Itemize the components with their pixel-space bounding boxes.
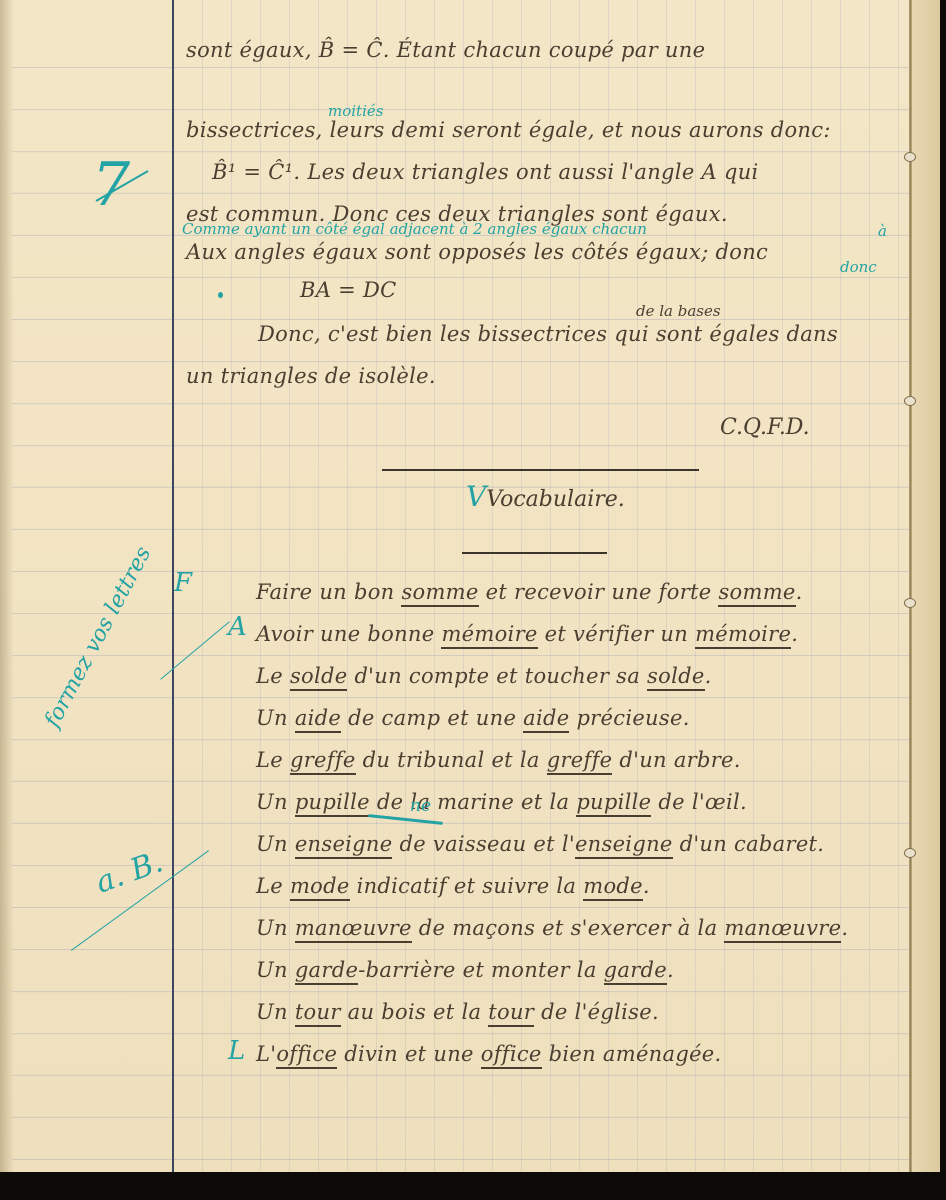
next-page-edge	[912, 0, 940, 1172]
vocab-line: Faire un bon somme et recevoir une forte…	[256, 580, 803, 604]
vocab-line: Le greffe du tribunal et la greffe d'un …	[256, 748, 741, 772]
vocab-line: Le solde d'un compte et toucher sa solde…	[256, 664, 712, 688]
vocab-line: Un garde-barrière et monter la garde.	[256, 958, 674, 982]
proof-line: bissectrices, leurs demi seront égale, e…	[186, 118, 831, 142]
vocab-line: Un manœuvre de maçons et s'exercer à la …	[256, 916, 848, 940]
vocab-line: Un enseigne de vaisseau et l'enseigne d'…	[256, 832, 824, 856]
notebook-page: 7 formez vos lettres a. B. F A L sont ég…	[0, 0, 940, 1172]
right-margin-correction: à	[878, 222, 887, 240]
letter-mark-l: L	[228, 1036, 245, 1066]
binding-stitch	[904, 598, 916, 608]
title-text: Vocabulaire.	[486, 487, 625, 512]
section-rule-bottom	[462, 552, 607, 554]
insertion-above: de la bases	[636, 302, 721, 320]
binding-stitch	[904, 152, 916, 162]
binding-fold	[909, 0, 912, 1172]
binding-stitch	[904, 396, 916, 406]
binding-stitch	[904, 848, 916, 858]
proof-equation: BA = DC	[300, 278, 397, 302]
vocab-line: Le mode indicatif et suivre la mode.	[256, 874, 650, 898]
correction-below: donc	[840, 258, 877, 276]
marine-correction: ne	[410, 796, 431, 816]
proof-line: Donc, c'est bien les bissectrices qui so…	[258, 322, 838, 346]
section-title: VVocabulaire.	[466, 480, 625, 513]
conclusion-mark: C.Q.F.D.	[720, 415, 810, 440]
proof-line: B̂¹ = Ĉ¹. Les deux triangles ont aussi l…	[212, 160, 759, 184]
vocab-line: Un tour au bois et la tour de l'église.	[256, 1000, 659, 1024]
letter-mark-a: A	[228, 612, 247, 642]
section-rule-top	[382, 469, 699, 471]
proof-line: Aux angles égaux sont opposés les côtés …	[186, 240, 768, 264]
letter-mark-f: F	[174, 568, 192, 598]
vocab-line: L'office divin et une office bien aménag…	[256, 1042, 722, 1066]
vocab-line: Un pupille de la marine et la pupille de…	[256, 790, 747, 814]
vocab-line: Un aide de camp et une aide précieuse.	[256, 706, 690, 730]
teal-dot	[218, 292, 223, 298]
inserted-correction: Comme ayant un côté égal adjacent à 2 an…	[182, 220, 647, 238]
proof-line: un triangles de isolèle.	[186, 364, 436, 388]
vocab-line: Avoir une bonne mémoire et vérifier un m…	[256, 622, 798, 646]
proof-line: sont égaux, B̂ = Ĉ. Étant chacun coupé p…	[186, 38, 705, 62]
title-initial-correction: V	[466, 480, 486, 513]
